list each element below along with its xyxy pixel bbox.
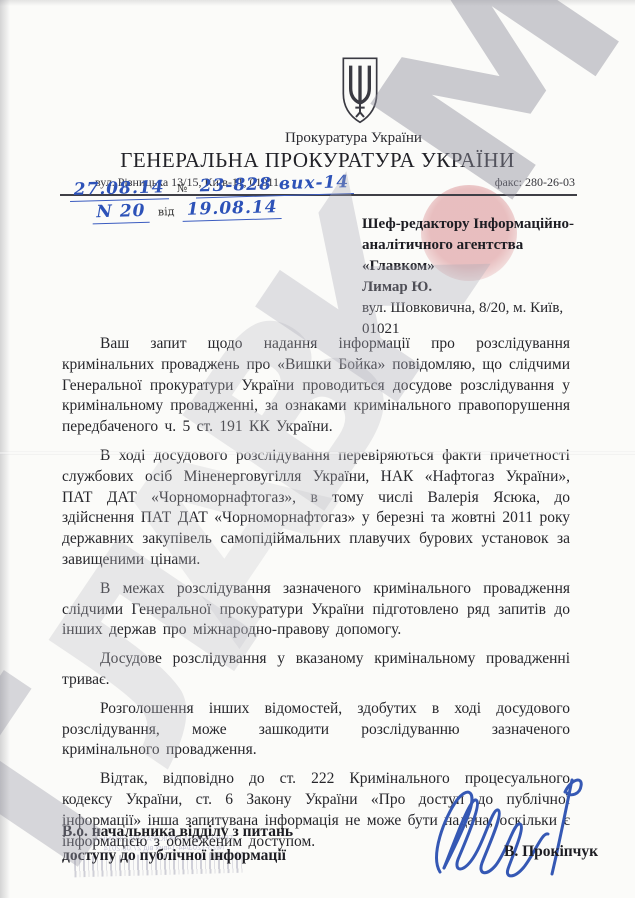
outgoing-date-handwritten: 27.08.14 [69,177,168,202]
signer-name: В. Прокіпчук [504,843,598,861]
handwritten-reference-block: 27.08.14 № 23-828 вих-14 N 20 від 19.08.… [69,172,354,223]
signer-title: В.о. начальника відділу з питань доступу… [62,820,293,868]
signer-title-line: В.о. начальника відділу з питань [62,820,293,844]
body-paragraph: В межах розслідування зазначеного кримін… [62,579,570,641]
handwritten-signature [424,768,599,886]
recipient-line: Лимар Ю. [362,277,587,298]
body-paragraph: Досудове розслідування у вказаному кримі… [62,649,570,691]
vid-label: від [156,205,177,219]
recipient-line: аналітичного агентства [362,235,587,256]
org-name-large: ГЕНЕРАЛЬНА ПРОКУРАТУРА УКРАЇНИ [0,148,635,173]
body-paragraph: В ході досудового розслідування перевіря… [62,446,570,571]
outgoing-number-handwritten: 23-828 вих-14 [195,172,353,198]
body-paragraph: Розголошення інших відомостей, здобутих … [62,699,570,761]
body-paragraph: Ваш запит щодо надання інформації про ро… [62,334,570,438]
ukraine-trident-emblem-icon [340,56,380,126]
emblem-wrap [42,56,635,126]
org-name-small: Прокуратура України [36,130,635,147]
recipient-street-line: вул. Шовковична, 8/20, м. Київ, [362,298,587,319]
recipient-block: Шеф-редактору Інформаційно- аналітичного… [362,214,587,340]
org-fax: факс: 280-26-03 [495,175,575,190]
signer-title-line: доступу до публічної інформації [62,844,293,868]
letterhead: Прокуратура України ГЕНЕРАЛЬНА ПРОКУРАТУ… [0,0,635,196]
recipient-line: «Главком» [362,256,587,277]
recipient-line: Шеф-редактору Інформаційно- [362,214,587,235]
scanned-letter-page: Г Л А В К М Прокуратура України ГЕНЕРАЛЬ… [0,0,635,898]
incoming-date-handwritten: 19.08.14 [182,197,281,222]
number-sign-label: № [175,182,190,195]
incoming-number-handwritten: N 20 [92,201,150,225]
